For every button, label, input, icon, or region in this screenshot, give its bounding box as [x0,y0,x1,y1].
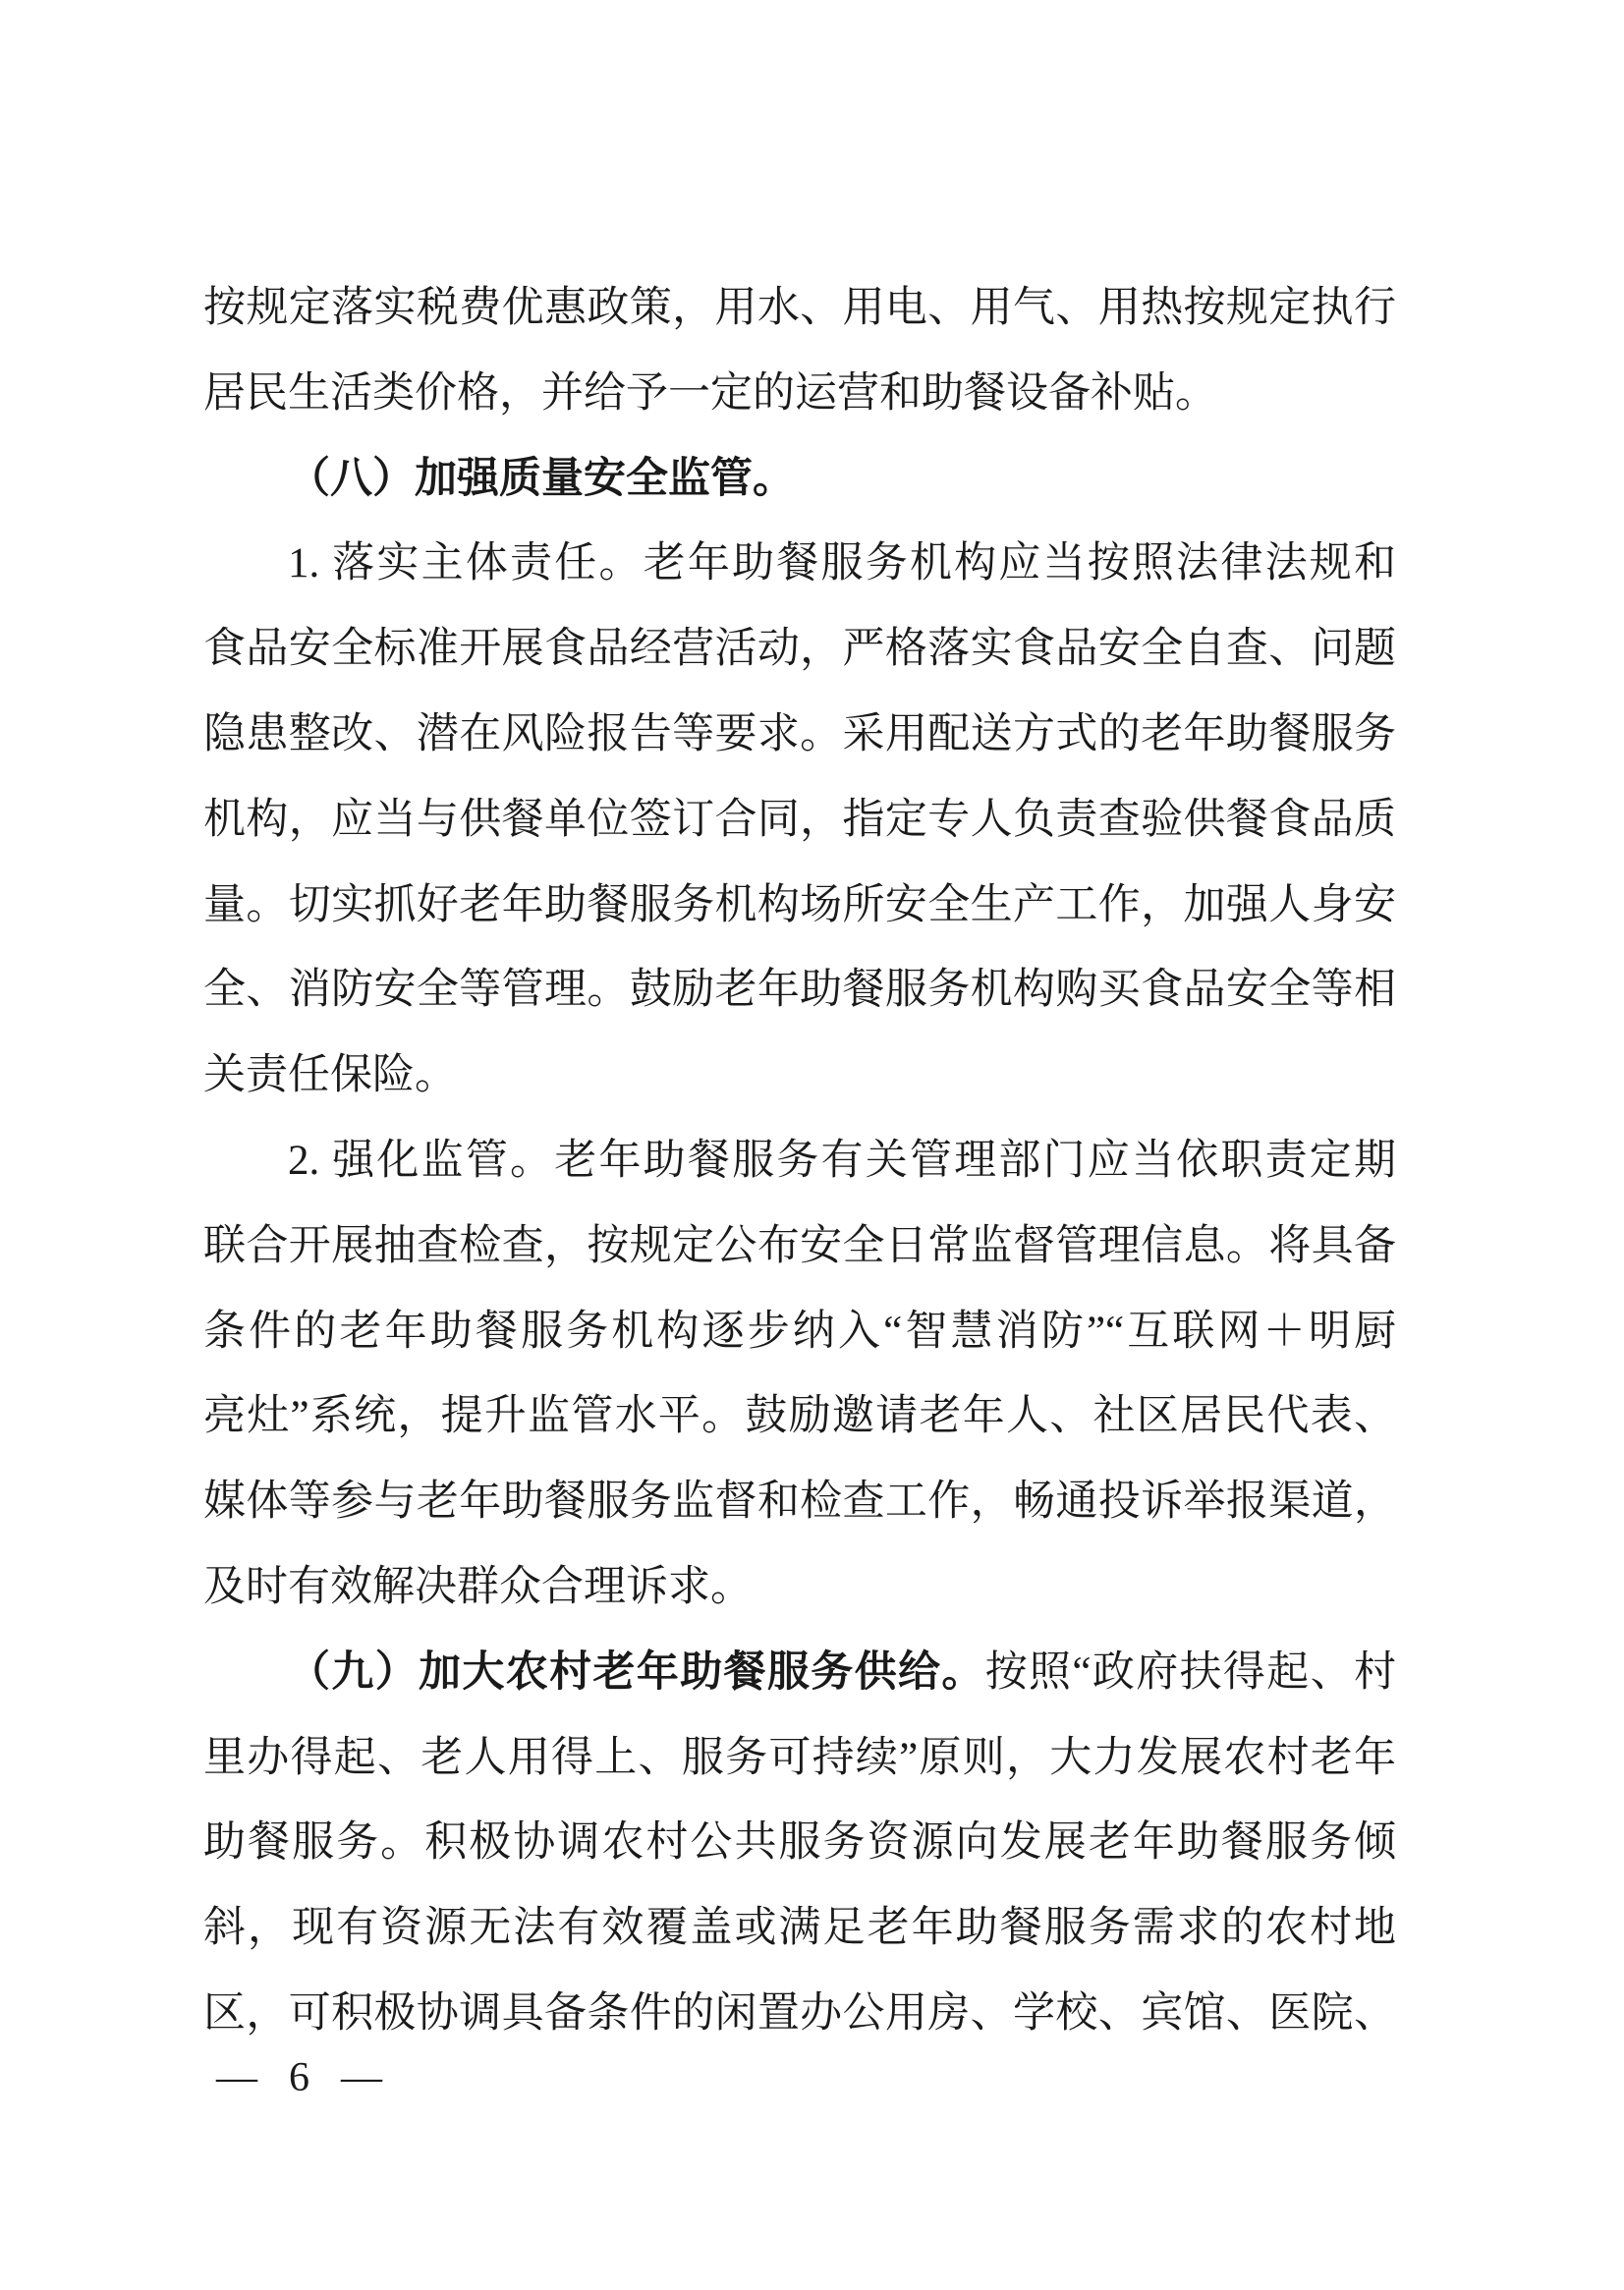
section-heading-text: （九）加大农村老年助餐服务供给。 [288,1649,985,1696]
text-line: 全、消防安全等管理。鼓励老年助餐服务机构购买食品安全等相 [203,948,1396,1033]
text-line: （八）加强质量安全监管。 [203,437,1396,523]
text-line: 里办得起、老人用得上、服务可持续”原则，大力发展农村老年 [203,1716,1396,1802]
body-text: 里办得起、老人用得上、服务可持续”原则，大力发展农村老年 [203,1735,1396,1781]
document-lines: 按规定落实税费优惠政策，用水、用电、用气、用热按规定执行居民生活类价格，并给予一… [203,266,1396,2057]
body-text: 关责任保险。 [203,1052,457,1098]
text-line: 斜，现有资源无法有效覆盖或满足老年助餐服务需求的农村地 [203,1886,1396,1972]
text-line: 2. 强化监管。老年助餐服务有关管理部门应当依职责定期 [203,1119,1396,1204]
document-page: 按规定落实税费优惠政策，用水、用电、用气、用热按规定执行居民生活类价格，并给予一… [0,0,1624,2290]
text-line: 居民生活类价格，并给予一定的运营和助餐设备补贴。 [203,352,1396,437]
text-line: （九）加大农村老年助餐服务供给。按照“政府扶得起、村 [203,1631,1396,1716]
footer-left-dash: — [216,2056,257,2099]
page-footer: — 6 — [216,2056,382,2099]
body-text: 亮灶”系统，提升监管水平。鼓励邀请老年人、社区居民代表、 [203,1393,1396,1439]
body-text: 斜，现有资源无法有效覆盖或满足老年助餐服务需求的农村地 [203,1905,1396,1951]
text-line: 按规定落实税费优惠政策，用水、用电、用气、用热按规定执行 [203,266,1396,352]
text-line: 联合开展抽查检查，按规定公布安全日常监督管理信息。将具备 [203,1204,1396,1290]
text-line: 区，可积极协调具备条件的闲置办公用房、学校、宾馆、医院、 [203,1972,1396,2057]
text-line: 机构，应当与供餐单位签订合同，指定专人负责查验供餐食品质 [203,778,1396,864]
body-text: 按规定落实税费优惠政策，用水、用电、用气、用热按规定执行 [203,285,1396,331]
body-text: 居民生活类价格，并给予一定的运营和助餐设备补贴。 [203,370,1217,417]
body-text: 1. 落实主体责任。老年助餐服务机构应当按照法律法规和 [288,540,1396,586]
body-text: 食品安全标准开展食品经营活动，严格落实食品安全自查、问题 [203,626,1396,672]
text-line: 媒体等参与老年助餐服务监督和检查工作，畅通投诉举报渠道， [203,1460,1396,1545]
section-heading-text: （八）加强质量安全监管。 [288,456,795,502]
text-line: 及时有效解决群众合理诉求。 [203,1545,1396,1631]
body-text: 及时有效解决群众合理诉求。 [203,1564,753,1610]
text-line: 条件的老年助餐服务机构逐步纳入“智慧消防”“互联网＋明厨 [203,1290,1396,1375]
text-line: 亮灶”系统，提升监管水平。鼓励邀请老年人、社区居民代表、 [203,1374,1396,1460]
body-text: 助餐服务。积极协调农村公共服务资源向发展老年助餐服务倾 [203,1819,1396,1866]
body-text: 2. 强化监管。老年助餐服务有关管理部门应当依职责定期 [288,1138,1396,1184]
page-number: 6 [289,2056,309,2099]
text-line: 食品安全标准开展食品经营活动，严格落实食品安全自查、问题 [203,607,1396,693]
text-line: 1. 落实主体责任。老年助餐服务机构应当按照法律法规和 [203,522,1396,607]
text-line: 量。切实抓好老年助餐服务机构场所安全生产工作，加强人身安 [203,864,1396,949]
body-text: 联合开展抽查检查，按规定公布安全日常监督管理信息。将具备 [203,1223,1396,1269]
text-line: 隐患整改、潜在风险报告等要求。采用配送方式的老年助餐服务 [203,693,1396,778]
body-text: 机构，应当与供餐单位签订合同，指定专人负责查验供餐食品质 [203,797,1396,843]
body-text: 全、消防安全等管理。鼓励老年助餐服务机构购买食品安全等相 [203,967,1396,1013]
body-text: 区，可积极协调具备条件的闲置办公用房、学校、宾馆、医院、 [203,1990,1396,2037]
text-line: 助餐服务。积极协调农村公共服务资源向发展老年助餐服务倾 [203,1801,1396,1886]
body-text: 按照“政府扶得起、村 [985,1649,1396,1696]
footer-right-dash: — [341,2056,382,2099]
body-text: 媒体等参与老年助餐服务监督和检查工作，畅通投诉举报渠道， [203,1479,1396,1525]
body-text: 量。切实抓好老年助餐服务机构场所安全生产工作，加强人身安 [203,882,1396,928]
body-text: 条件的老年助餐服务机构逐步纳入“智慧消防”“互联网＋明厨 [203,1309,1396,1355]
body-text: 隐患整改、潜在风险报告等要求。采用配送方式的老年助餐服务 [203,711,1396,757]
text-line: 关责任保险。 [203,1033,1396,1119]
